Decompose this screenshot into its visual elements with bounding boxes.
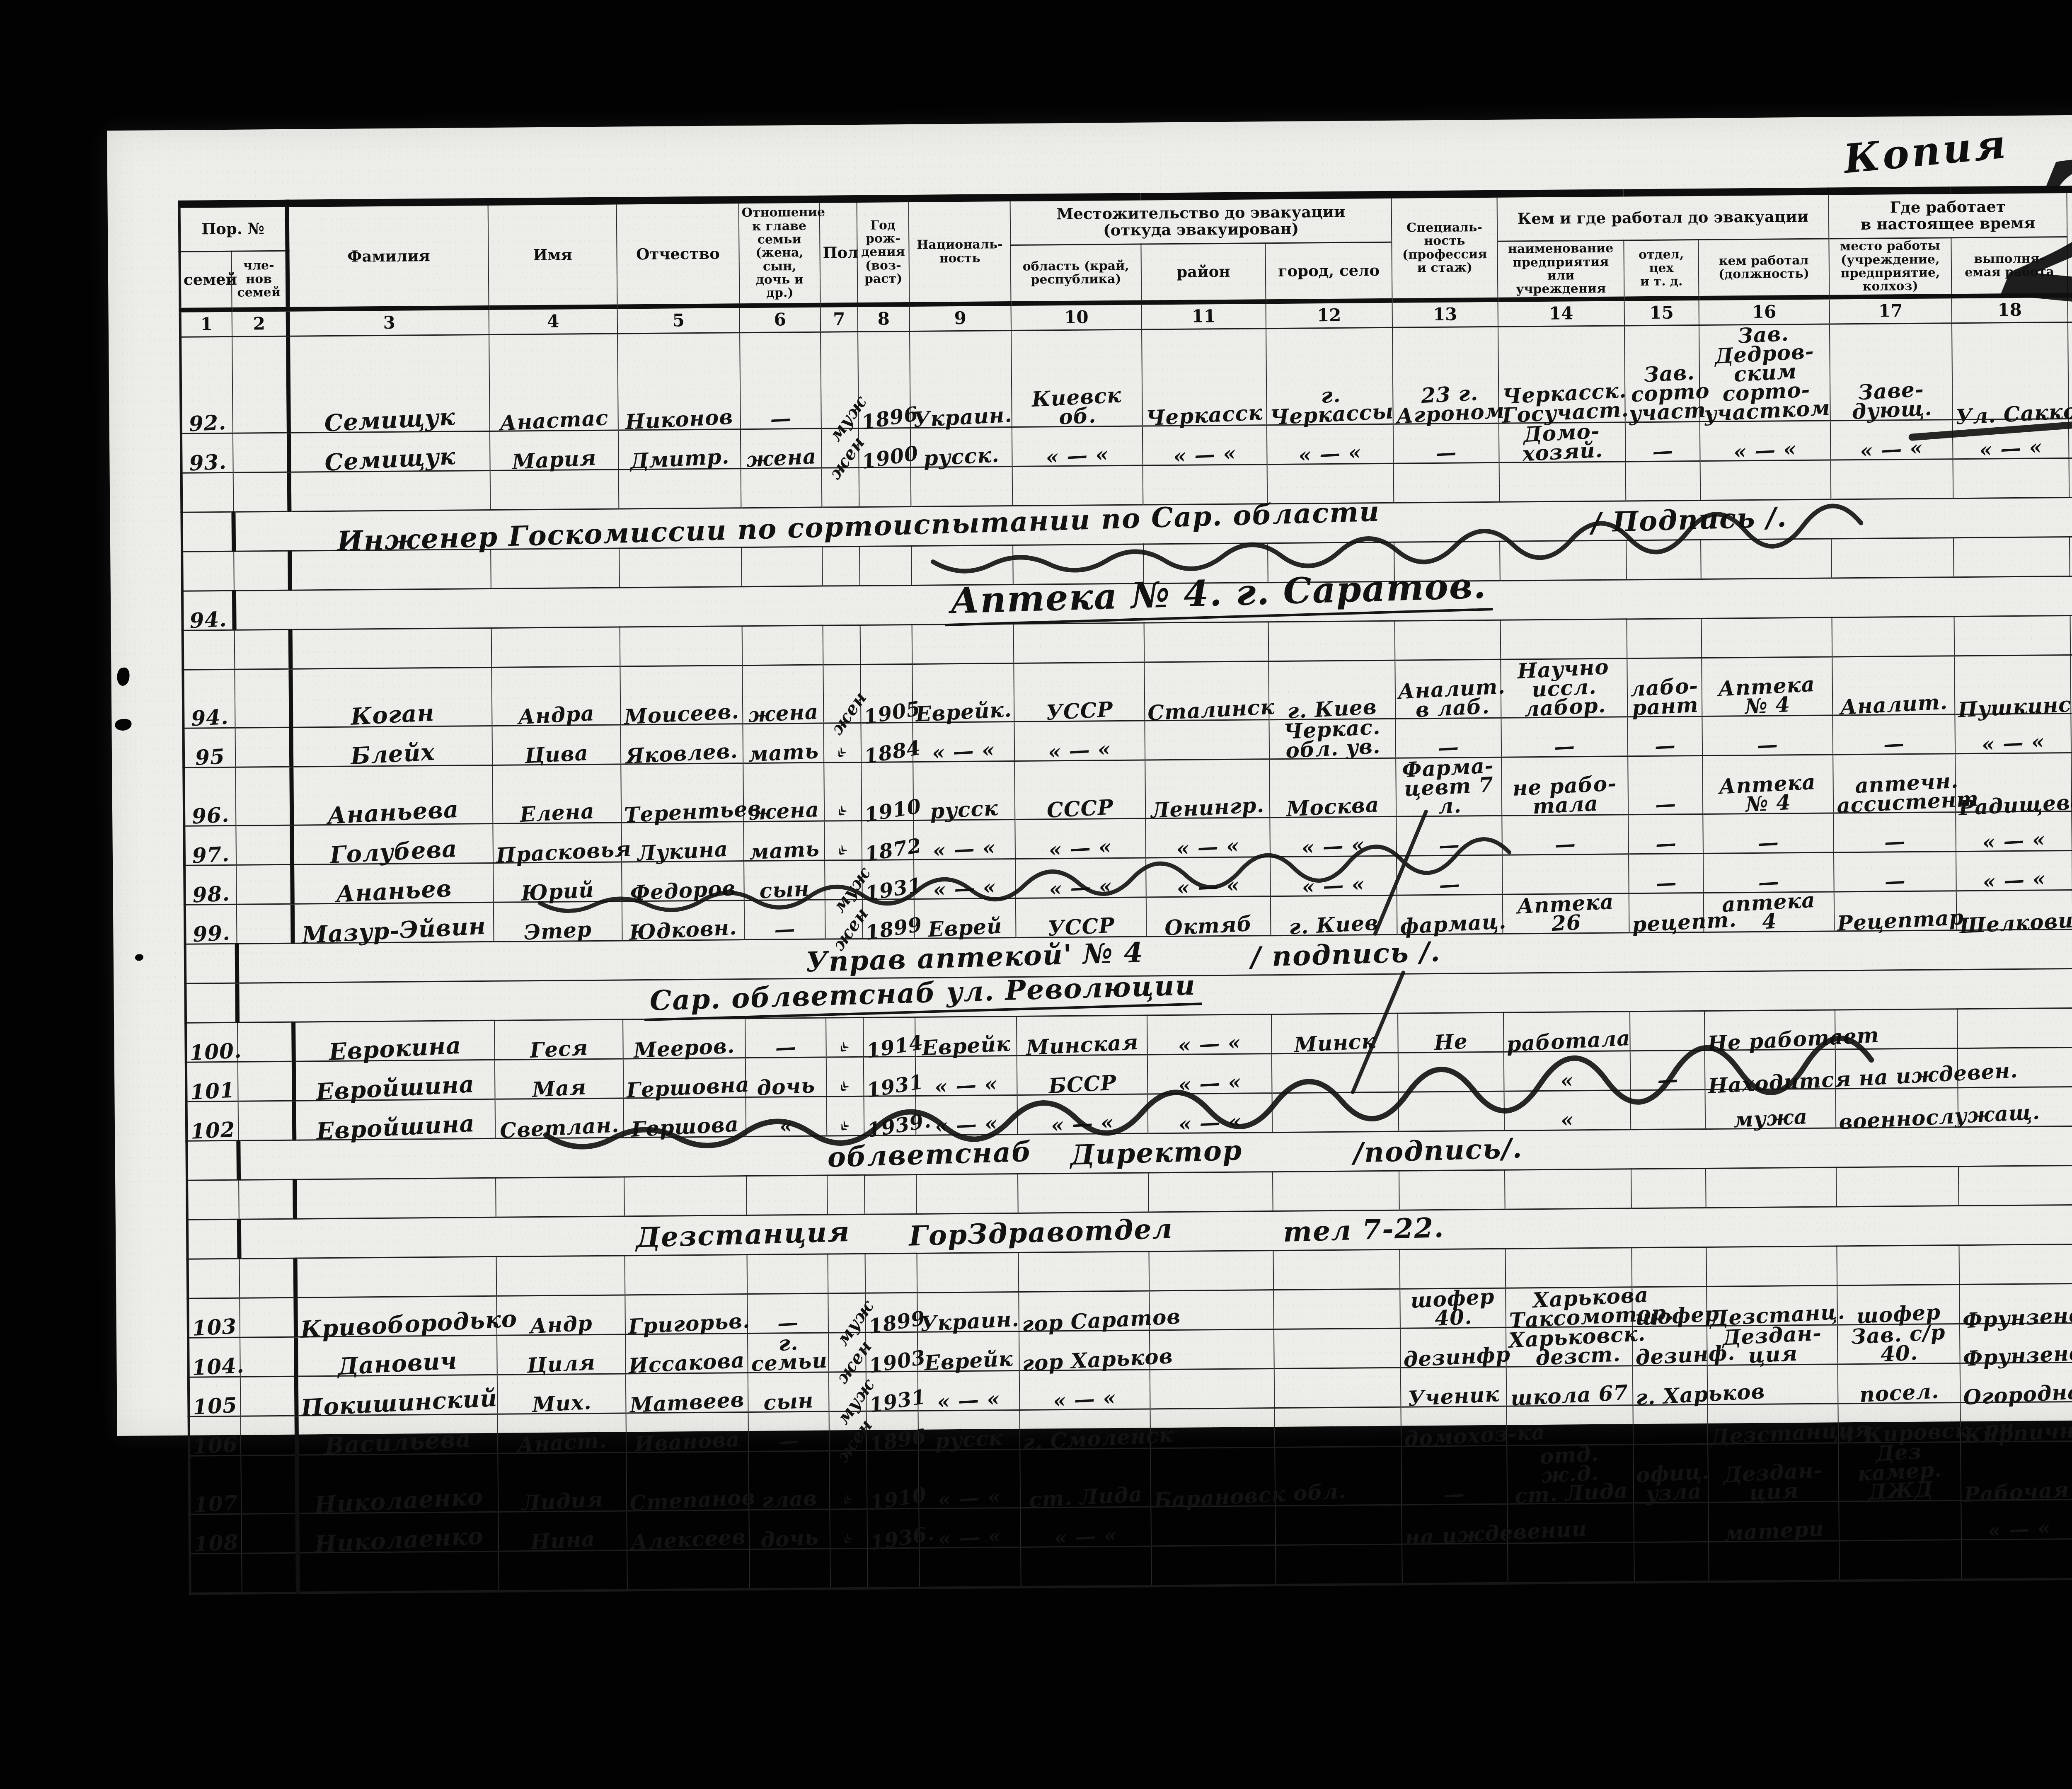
cell-col-17: военнослужащ. (1835, 1088, 1958, 1128)
cell-col-10 (1014, 623, 1145, 663)
cell-col-9 (917, 1252, 1019, 1293)
cell-col-14: школа 67 (1506, 1366, 1633, 1406)
cell-col-11 (1144, 622, 1269, 662)
handwritten-entry: « (832, 841, 852, 860)
cell-col-14 (1501, 619, 1627, 659)
cell-col-3 (295, 1178, 496, 1219)
cell-col-9 (919, 1547, 1021, 1588)
handwritten-entry: « — « (934, 1074, 998, 1097)
cell-col-1 (188, 1259, 240, 1298)
cell-col-15: г. Харьков (1633, 1365, 1708, 1405)
cell-col-16 (1702, 617, 1832, 658)
handwritten-entry: мужа (1733, 1107, 1808, 1130)
cell-col-7 (828, 1254, 866, 1293)
cell-col-13: домохоз-ка (1401, 1406, 1507, 1446)
cell-col-15: офиц. узла (1633, 1444, 1708, 1503)
cell-col-4: Анастас (489, 334, 618, 431)
cell-col-4: Мих. (497, 1374, 626, 1414)
cell-col-1 (185, 944, 237, 983)
cell-col-15 (1630, 1089, 1705, 1129)
cell-col-19 (2070, 614, 2072, 655)
cell-col-4: Нина (498, 1511, 627, 1551)
cell-col-10: Киевск об. (1011, 329, 1143, 427)
handwritten-entry: « — « (1176, 836, 1240, 858)
cell-col-13: Аналит. в лаб. (1395, 659, 1501, 719)
column-number: 3 (288, 307, 489, 336)
table-row: 92.СемищукАнастасНиконов—муж1896Украин.К… (180, 321, 2072, 433)
cell-col-4: Анаст. (498, 1413, 627, 1453)
cell-col-10: « — « (1015, 818, 1146, 859)
cell-col-5 (627, 1549, 750, 1590)
cell-col-3: Коган (290, 667, 492, 727)
handwritten-entry: Яковлев. (625, 741, 738, 766)
cell-col-11: Черкасск (1142, 329, 1267, 426)
cell-col-7 (830, 1548, 868, 1588)
cell-col-17 (1839, 1501, 1961, 1541)
cell-col-16: « — « (1700, 421, 1831, 461)
handwritten-line-segment: Директор (1070, 1134, 1243, 1171)
handwritten-entry: « — « (1049, 876, 1113, 899)
handwritten-entry: Мария (511, 448, 597, 471)
column-number: 4 (489, 307, 618, 334)
handwritten-entry: Анастас (499, 408, 609, 433)
cell-col-9: « — « (913, 819, 1015, 859)
cell-col-10: « — « (1015, 858, 1146, 898)
handwritten-entry: Пушкинская ул. № 72. (1957, 686, 2072, 719)
handwritten-entry: Аналит. в лаб. (1397, 677, 1507, 720)
cell-col-1: 106 (189, 1416, 241, 1456)
handwritten-entry: Дездан- ция (1723, 1461, 1824, 1504)
cell-col-6 (741, 468, 822, 508)
handwritten-entry: Еврокина (328, 1035, 462, 1063)
cell-col-14: Аптека 26 (1503, 893, 1629, 934)
cell-col-4: Циля (497, 1334, 626, 1375)
handwritten-entry: Светлан. (499, 1115, 620, 1140)
cell-col-14: работала (1503, 1012, 1630, 1052)
cell-col-18 (1961, 1539, 2072, 1580)
handwritten-line-segment: Дезстанция (635, 1215, 850, 1254)
handwritten-entry: Степанов (629, 1487, 756, 1513)
handwritten-entry: Григорьв. (628, 1311, 750, 1336)
cell-col-12: Черкас. обл. ув. (1269, 719, 1396, 759)
handwritten-entry: « — « (1051, 1113, 1114, 1135)
handwritten-entry: Не (1433, 1032, 1468, 1053)
handwritten-entry: « — « (1982, 869, 2046, 891)
cell-col-18 (1953, 458, 2070, 498)
cell-col-14: — (1502, 815, 1629, 855)
cell-col-7 (823, 625, 861, 665)
cell-col-13: — (1401, 1445, 1507, 1505)
cell-col-7: муж (828, 1293, 866, 1333)
cell-col-17: « — « (1830, 420, 1953, 460)
cell-col-5: Алексеев (627, 1510, 749, 1550)
cell-col-1: 94. (182, 591, 235, 630)
column-number: 11 (1142, 302, 1266, 329)
cell-col-9 (912, 624, 1014, 664)
cell-col-5: Юдковн. (622, 901, 745, 941)
header-kem-rabotal-group: Кем и где работал до эвакуации (1497, 191, 1829, 242)
handwritten-entry: Цива (524, 743, 589, 766)
handwritten-entry: Андра (518, 704, 595, 726)
cell-col-3: Семищук (288, 334, 490, 433)
cell-col-12 (1275, 1505, 1402, 1545)
handwritten-entry: аптечн. ассистент (1835, 770, 1979, 816)
cell-col-14 (1505, 1248, 1632, 1288)
cell-col-13 (1399, 1249, 1506, 1289)
cell-col-15 (1626, 461, 1701, 501)
cell-col-17: шофер (1837, 1285, 1960, 1325)
handwritten-entry: « — « (937, 1389, 1001, 1411)
handwritten-entry: Зав. с/р 40. (1840, 1322, 1958, 1366)
cell-col-7: « (824, 762, 862, 821)
cell-col-9: « — « (913, 721, 1014, 762)
cell-col-6: жена (741, 428, 822, 469)
cell-col-4: Геся (494, 1019, 623, 1060)
handwritten-entry: Москва (1286, 795, 1380, 818)
handwritten-entry: дезинф. (1635, 1343, 1736, 1367)
cell-col-6 (749, 1549, 830, 1589)
handwritten-entry: дочь (760, 1528, 819, 1550)
handwritten-entry: — (1554, 736, 1576, 757)
handwritten-entry: « (1560, 1110, 1575, 1130)
cell-col-8: 1905 (860, 664, 913, 723)
cell-col-16: Не работает (1704, 1010, 1835, 1050)
header-oblast: область (край, республика) (1010, 244, 1141, 303)
scan-artifact (115, 719, 131, 731)
cell-col-11: « — « (1147, 1054, 1272, 1094)
handwritten-entry: мать (748, 839, 820, 862)
cell-col-10: « — « (1017, 1094, 1148, 1134)
handwritten-entry: Коган (350, 702, 435, 728)
handwritten-entry: Лукина (637, 840, 729, 863)
cell-col-5 (625, 1255, 748, 1295)
cell-col-6: сын (748, 1372, 829, 1412)
handwritten-entry: фармац. (1399, 912, 1507, 936)
handwritten-entry: Фарма- цевт 7 л. (1397, 756, 1500, 818)
cell-col-17: Зав. с/р 40. (1837, 1324, 1960, 1364)
handwritten-entry: 100. (189, 1041, 242, 1063)
cell-col-6: жена (743, 763, 824, 822)
cell-col-3: Кривобородько (295, 1296, 497, 1337)
cell-col-3: Семищук (289, 431, 490, 472)
handwritten-entry: « — « (932, 740, 995, 763)
cell-col-16 (1701, 539, 1832, 579)
handwritten-entry: 96. (191, 805, 230, 826)
cell-col-12: г. Киев (1268, 660, 1395, 719)
header-mestozhitelstvo-group: Местожительство до эвакуации (откуда эва… (1010, 195, 1392, 245)
handwritten-entry: шофер (1635, 1304, 1720, 1327)
cell-col-5: Терентьев (621, 763, 743, 823)
cell-col-17: Заве- дующ. (1830, 323, 1953, 421)
cell-col-17 (1831, 459, 1953, 499)
cell-col-13: Ученик (1401, 1367, 1507, 1407)
header-mesto-raboty: место работы (учреждение, предприятие, к… (1829, 238, 1951, 297)
header-nacionalnost: Националь- ность (909, 198, 1011, 304)
cell-col-9: « — « (918, 1370, 1020, 1411)
cell-col-9 (916, 1174, 1018, 1214)
handwritten-entry: « — « (1178, 1111, 1242, 1134)
cell-col-15 (1631, 1247, 1706, 1287)
cell-col-13: — (1397, 855, 1503, 895)
cell-col-3: Ананьев (292, 863, 494, 904)
evacuation-register-table: Пор. №ФамилияИмяОтчествоОтношение к глав… (178, 184, 2072, 1595)
handwritten-entry: Еврейк (924, 1349, 1013, 1373)
handwritten-entry: « — « (1053, 1388, 1117, 1411)
cell-col-2 (239, 1179, 295, 1219)
cell-col-1: 108 (189, 1514, 242, 1554)
cell-col-12: « — « (1270, 856, 1397, 896)
cell-col-16: — (1703, 813, 1834, 853)
handwritten-entry: — (1443, 1484, 1465, 1504)
cell-col-18: Пушкинская ул. № 72. (1954, 655, 2071, 714)
handwritten-entry: « — « (938, 1526, 1002, 1549)
cell-col-10: СССР (1014, 760, 1145, 819)
cell-col-10: « — « (1014, 721, 1145, 761)
handwritten-entry: « — « (937, 1487, 1001, 1509)
cell-col-13 (1395, 620, 1501, 660)
cell-col-1: 92. (180, 336, 233, 433)
cell-col-14: Домо- хозяй. (1499, 422, 1626, 462)
handwritten-entry: 93. (189, 452, 227, 473)
cell-col-14: — (1501, 717, 1628, 757)
cell-col-6: — (744, 900, 825, 940)
cell-col-17: посел. (1838, 1363, 1961, 1404)
handwritten-entry: Украин. (913, 405, 1013, 429)
handwritten-entry: 97. (191, 845, 230, 866)
header-por-no: Пор. № (179, 203, 288, 252)
cell-col-16: Аптека № 4 (1702, 755, 1833, 814)
header-kem-rabotal: кем работал (должность) (1698, 239, 1829, 298)
handwritten-entry: — (1655, 833, 1677, 854)
handwritten-entry: Ленингр. (1150, 795, 1265, 820)
handwritten-entry: Фрунзенск рн Красная 21. (1962, 1294, 2072, 1330)
handwritten-entry: Зав. сорто участ. (1627, 362, 1714, 423)
column-number: 9 (910, 304, 1012, 332)
handwritten-entry: аптека 4 (1721, 891, 1817, 933)
cell-col-13: — (1396, 816, 1502, 856)
cell-col-4: Лидия (498, 1453, 627, 1512)
scanner-background: Копия 206 5 Пор. №ФамилияИмяОтчествоОтно… (0, 0, 2072, 1789)
handwritten-entry: Еврейк (921, 1034, 1011, 1058)
cell-col-12 (1273, 1289, 1400, 1329)
handwritten-entry: « (779, 1116, 794, 1136)
cell-col-5: Федоров (622, 861, 744, 901)
handwritten-entry: Васильева (324, 1428, 472, 1457)
cell-col-2 (233, 472, 290, 512)
handwritten-entry: « — « (934, 1114, 998, 1136)
cell-col-15: рецепт. (1629, 893, 1704, 932)
column-number: 15 (1624, 298, 1699, 325)
column-number: 13 (1392, 300, 1498, 327)
column-number: 7 (821, 305, 858, 332)
cell-col-13: на иждевении (1402, 1504, 1508, 1544)
handwritten-entry: « (837, 1490, 857, 1509)
handwritten-entry: БССР (1048, 1073, 1117, 1096)
handwritten-entry: матери (1723, 1519, 1824, 1543)
column-number: 1 (180, 310, 232, 337)
handwritten-entry: 106 (193, 1435, 238, 1456)
cell-col-1: 95 (184, 728, 236, 767)
handwritten-entry: г. Харьков (1635, 1382, 1765, 1407)
cell-col-16: — (1702, 715, 1833, 755)
handwritten-entry: 98. (192, 884, 230, 905)
cell-col-16: Находится на иждевен. (1705, 1049, 1836, 1089)
handwritten-entry: Украин. (920, 1310, 1020, 1334)
handwritten-entry: Мая (532, 1077, 587, 1099)
handwritten-entry: дезинфр (1403, 1345, 1511, 1369)
cell-col-8: 1910 (861, 762, 913, 821)
cell-col-6: — (747, 1293, 828, 1334)
handwritten-entry: 103 (192, 1317, 237, 1338)
handwritten-entry: — (1438, 835, 1460, 855)
cell-col-4: Мария (490, 430, 619, 470)
handwritten-entry: Юрий (521, 880, 595, 903)
cell-col-16 (1706, 1246, 1837, 1286)
header-semey: семей (179, 251, 232, 310)
cell-col-11 (1151, 1545, 1276, 1586)
handwritten-entry: « — « (1979, 437, 2043, 460)
cell-col-15: Зав. сорто участ. (1624, 325, 1700, 422)
handwritten-entry: — (1435, 443, 1457, 463)
handwritten-entry: — (1654, 736, 1676, 756)
cell-col-4: Мая (495, 1059, 624, 1099)
cell-col-13: 23 г. Агроном (1392, 327, 1499, 424)
cell-col-3: Еврокина (293, 1020, 495, 1061)
cell-col-7: « (826, 1017, 864, 1057)
cell-col-1 (187, 1180, 239, 1220)
cell-col-16: Дезстанц. (1706, 1285, 1837, 1326)
cell-col-10: БССР (1017, 1055, 1148, 1095)
cell-col-14: « (1504, 1090, 1631, 1131)
cell-col-5: Мееров. (623, 1019, 746, 1059)
cell-col-17: аптечн. ассистент (1833, 754, 1956, 813)
handwritten-entry: Федоров (629, 879, 736, 903)
header-pol: Пол (820, 199, 858, 305)
cell-col-14: « (1504, 1051, 1631, 1091)
cell-col-6: мать (743, 723, 824, 763)
cell-col-6 (741, 547, 823, 587)
handwritten-entry: 92. (188, 413, 226, 434)
cell-col-6: сын (744, 860, 825, 901)
cell-col-9: русск (918, 1410, 1020, 1450)
column-number: 5 (617, 306, 740, 334)
cell-col-7: жен (823, 664, 861, 723)
cell-col-18 (1953, 537, 2070, 577)
cell-col-3: Покишинский (296, 1375, 498, 1416)
header-specialnost: Специаль- ность (профессия и стаж) (1391, 194, 1498, 300)
handwritten-entry: глав (761, 1489, 818, 1511)
handwritten-entry: — (774, 919, 796, 939)
cell-col-2 (241, 1513, 298, 1553)
handwritten-entry: — (770, 409, 792, 429)
handwritten-entry: — (778, 1431, 800, 1451)
handwritten-entry: Заве- дующ. (1850, 379, 1932, 421)
handwritten-entry: « — « (1176, 875, 1240, 898)
handwritten-entry: Юдковн. (629, 918, 738, 942)
handwritten-entry: Аналит. (1840, 692, 1948, 717)
handwritten-entry: — (1757, 833, 1779, 853)
cell-col-13 (1402, 1543, 1508, 1584)
cell-col-1: 98. (184, 865, 237, 905)
handwritten-entry: « — « (1298, 443, 1362, 465)
handwritten-entry: Огородная 34 кв 1. (1963, 1376, 2072, 1407)
handwritten-entry: Сталинск (1147, 697, 1275, 723)
handwritten-entry: — (1655, 873, 1677, 893)
cell-col-8 (865, 1253, 917, 1293)
cell-col-15 (1627, 618, 1702, 658)
cell-col-13: — (1393, 423, 1499, 463)
handwritten-entry: русск (934, 1428, 1004, 1451)
cell-col-9: русск. (910, 427, 1012, 467)
handwritten-entry: офиц. узла (1636, 1462, 1711, 1504)
cell-col-17 (1839, 1540, 1962, 1581)
cell-col-8 (860, 625, 913, 664)
cell-col-6: дочь (749, 1509, 830, 1549)
cell-col-14: Харьковск. дезст. (1506, 1327, 1633, 1367)
handwritten-entry: лабо- рант (1630, 676, 1700, 718)
cell-col-2 (241, 1455, 297, 1514)
cell-col-2 (236, 864, 293, 904)
cell-col-12 (1274, 1407, 1401, 1447)
handwritten-entry: Минск (1293, 1031, 1376, 1055)
handwritten-entry: « (834, 1117, 854, 1135)
header-rayon: район (1141, 243, 1266, 303)
cell-col-10: гор Саратов (1019, 1291, 1150, 1331)
cell-col-6: г. семьи (748, 1333, 829, 1373)
cell-col-17: — (1834, 852, 1956, 892)
cell-col-12 (1274, 1368, 1401, 1408)
handwritten-entry: Гершовна (626, 1075, 750, 1100)
cell-col-2 (235, 727, 291, 767)
handwritten-entry: УССР (1047, 916, 1115, 938)
cell-col-2 (233, 433, 289, 472)
cell-col-16: Дездан- ция (1708, 1443, 1839, 1502)
cell-col-16: Дездан- ция (1707, 1325, 1838, 1365)
handwritten-entry: не рабо- тала (1512, 774, 1618, 817)
header-otnoshenie: Отношение к главе семьи (жена, сын, дочь… (739, 199, 821, 306)
handwritten-entry: Ананьева (327, 799, 459, 827)
cell-col-17: Рецептар (1834, 891, 1957, 931)
cell-col-4: Этер (494, 901, 622, 942)
handwritten-entry: жена (746, 447, 817, 470)
cell-col-7 (822, 546, 860, 586)
handwritten-line-segment: / Подпись /. (1591, 501, 1788, 539)
handwritten-line-segment: тел 7-22. (1283, 1211, 1445, 1248)
handwritten-entry: « — « (1733, 439, 1797, 462)
handwritten-entry: Семищук (324, 407, 456, 435)
handwritten-entry: « — « (1982, 830, 2046, 852)
handwritten-entry: г. семьи (750, 1332, 828, 1374)
handwritten-entry: « — « (1046, 445, 1109, 467)
handwritten-entry: Евройшина (316, 1113, 475, 1143)
handwritten-entry: Аптека № 4 (1718, 675, 1816, 718)
handwritten-entry: Ученик (1407, 1385, 1500, 1408)
handwritten-entry: дочь (756, 1076, 816, 1098)
cell-col-4 (499, 1550, 627, 1591)
handwritten-entry: Алексеев (630, 1527, 746, 1552)
cell-col-11 (1145, 720, 1269, 760)
column-number: 2 (232, 309, 288, 336)
cell-col-16: — (1703, 852, 1834, 893)
cell-col-9: « — « (915, 1055, 1017, 1096)
column-number: 12 (1266, 300, 1392, 328)
handwritten-entry: г. Черкассы (1268, 382, 1394, 427)
cell-col-12 (1268, 621, 1395, 661)
cell-col-2 (235, 767, 292, 826)
cell-col-14: Научно иссл. лабор. (1501, 658, 1627, 718)
handwritten-entry: Терентьев (624, 799, 762, 825)
column-number: 8 (858, 304, 910, 332)
